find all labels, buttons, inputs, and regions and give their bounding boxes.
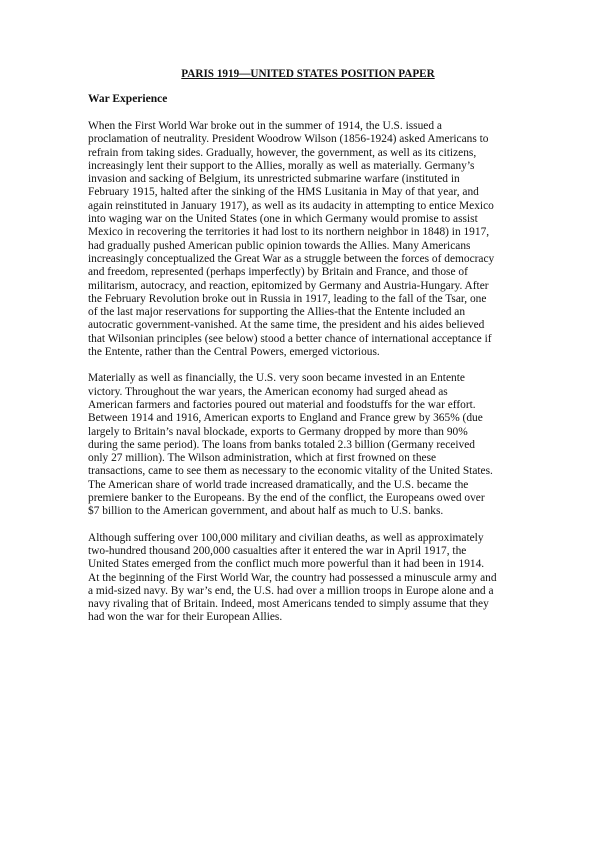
- text-line: increasingly conceptualized the Great Wa…: [88, 253, 518, 266]
- text-line: again reinstituted in January 1917), as …: [88, 200, 518, 213]
- text-line: The American share of world trade increa…: [88, 479, 518, 492]
- text-line: had won the war for their European Allie…: [88, 611, 518, 624]
- section-heading: War Experience: [88, 91, 518, 107]
- text-line: two-hundred thousand 200,000 casualties …: [88, 545, 518, 558]
- text-line: At the beginning of the First World War,…: [88, 572, 518, 585]
- paragraph-2: Materially as well as financially, the U…: [88, 372, 518, 518]
- text-line: only 27 million). The Wilson administrat…: [88, 452, 518, 465]
- text-line: American farmers and factories poured ou…: [88, 399, 518, 412]
- text-line: United States emerged from the conflict …: [88, 558, 518, 571]
- text-line: a mid-sized navy. By war’s end, the U.S.…: [88, 585, 518, 598]
- text-line: transactions, came to see them as necess…: [88, 465, 518, 478]
- text-line: Although suffering over 100,000 military…: [88, 532, 518, 545]
- text-line: victory. Throughout the war years, the A…: [88, 386, 518, 399]
- text-line: had gradually pushed American public opi…: [88, 240, 518, 253]
- text-line: premiere banker to the Europeans. By the…: [88, 492, 518, 505]
- text-line: that Wilsonian principles (see below) st…: [88, 333, 518, 346]
- paragraph-3: Although suffering over 100,000 military…: [88, 532, 518, 625]
- paragraph-1: When the First World War broke out in th…: [88, 120, 518, 359]
- text-line: navy rivaling that of Britain. Indeed, m…: [88, 598, 518, 611]
- text-line: autocratic government-vanished. At the s…: [88, 319, 518, 332]
- text-line: largely to Britain’s naval blockade, exp…: [88, 426, 518, 439]
- text-line: refrain from taking sides. Gradually, ho…: [88, 147, 518, 160]
- text-line: proclamation of neutrality. President Wo…: [88, 133, 518, 146]
- text-line: of the last major reservations for suppo…: [88, 306, 518, 319]
- text-line: during the same period). The loans from …: [88, 439, 518, 452]
- text-line: increasingly lent their support to the A…: [88, 160, 518, 173]
- text-line: militarism, autocracy, and reaction, epi…: [88, 280, 518, 293]
- text-line: $7 billion to the American government, a…: [88, 505, 518, 518]
- text-line: invasion and sacking of Belgium, its unr…: [88, 173, 518, 186]
- document-title: PARIS 1919—UNITED STATES POSITION PAPER: [88, 66, 518, 82]
- text-line: February 1915, halted after the sinking …: [88, 186, 518, 199]
- text-line: into waging war on the United States (on…: [88, 213, 518, 226]
- document-page: PARIS 1919—UNITED STATES POSITION PAPER …: [88, 66, 518, 625]
- text-line: Between 1914 and 1916, American exports …: [88, 412, 518, 425]
- text-line: the February Revolution broke out in Rus…: [88, 293, 518, 306]
- text-line: the Entente, rather than the Central Pow…: [88, 346, 518, 359]
- text-line: When the First World War broke out in th…: [88, 120, 518, 133]
- text-line: Materially as well as financially, the U…: [88, 372, 518, 385]
- text-line: and freedom, represented (perhaps imperf…: [88, 266, 518, 279]
- text-line: Mexico in recovering the territories it …: [88, 226, 518, 239]
